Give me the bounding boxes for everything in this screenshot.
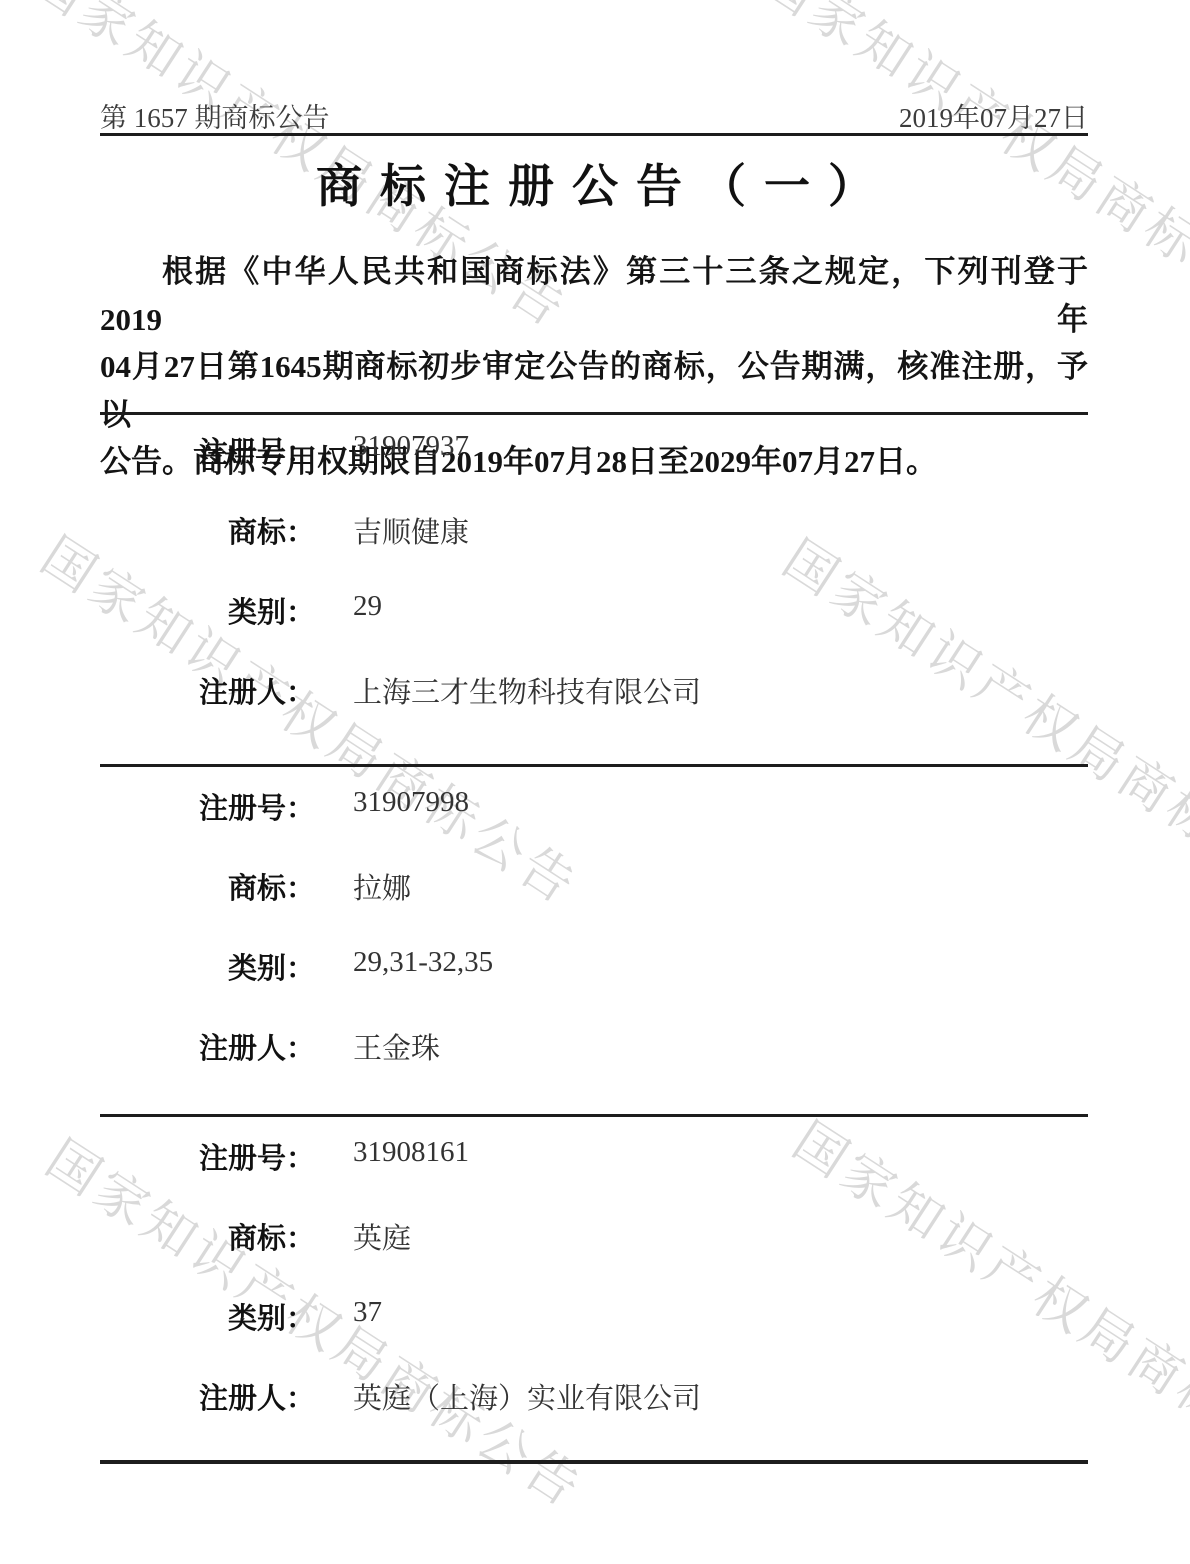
- registrant-label: 注册人：: [100, 670, 315, 711]
- registrant-value: 上海三才生物科技有限公司: [353, 670, 701, 711]
- page-title: 商标注册公告（一）: [0, 150, 1190, 216]
- trademark-record-3: 注册号： 31908161 商标： 英庭 类别： 37 注册人： 英庭（上海）实…: [100, 1136, 1088, 1456]
- record-row-category: 类别： 29,31-32,35: [100, 946, 1088, 976]
- trademark-label: 商标：: [100, 866, 315, 907]
- category-label: 类别：: [100, 590, 315, 631]
- intro-line-1: 根据《中华人民共和国商标法》第三十三条之规定，下列刊登于2019年: [100, 248, 1088, 343]
- record-row-reg-no: 注册号： 31907998: [100, 786, 1088, 816]
- record-row-registrant: 注册人： 英庭（上海）实业有限公司: [100, 1376, 1088, 1406]
- bottom-rule: [100, 1460, 1088, 1464]
- record-row-registrant: 注册人： 上海三才生物科技有限公司: [100, 670, 1088, 700]
- category-value: 29: [353, 590, 382, 623]
- trademark-record-1: 注册号： 31907937 商标： 吉顺健康 类别： 29 注册人： 上海三才生…: [100, 430, 1088, 750]
- record-row-trademark: 商标： 英庭: [100, 1216, 1088, 1246]
- record-separator-3: [100, 1114, 1088, 1117]
- reg-no-label: 注册号：: [100, 430, 315, 471]
- record-row-trademark: 商标： 吉顺健康: [100, 510, 1088, 540]
- record-separator-1: [100, 412, 1088, 415]
- reg-no-value: 31908161: [353, 1136, 469, 1169]
- record-separator-2: [100, 764, 1088, 767]
- reg-no-value: 31907937: [353, 430, 469, 463]
- category-value: 37: [353, 1296, 382, 1329]
- intro-line-2: 04月27日第1645期商标初步审定公告的商标，公告期满，核准注册，予以: [100, 343, 1088, 438]
- trademark-label: 商标：: [100, 510, 315, 551]
- category-label: 类别：: [100, 1296, 315, 1337]
- trademark-value: 英庭: [353, 1216, 411, 1257]
- document-content: 第 1657 期商标公告 2019年07月27日 商标注册公告（一） 根据《中华…: [0, 0, 1190, 1564]
- record-row-registrant: 注册人： 王金珠: [100, 1026, 1088, 1056]
- reg-no-value: 31907998: [353, 786, 469, 819]
- category-label: 类别：: [100, 946, 315, 987]
- record-row-category: 类别： 37: [100, 1296, 1088, 1326]
- record-row-reg-no: 注册号： 31907937: [100, 430, 1088, 460]
- trademark-value: 吉顺健康: [353, 510, 469, 551]
- reg-no-label: 注册号：: [100, 786, 315, 827]
- trademark-label: 商标：: [100, 1216, 315, 1257]
- registrant-label: 注册人：: [100, 1026, 315, 1067]
- gazette-issue-number: 第 1657 期商标公告: [100, 96, 330, 135]
- registrant-label: 注册人：: [100, 1376, 315, 1417]
- trademark-record-2: 注册号： 31907998 商标： 拉娜 类别： 29,31-32,35 注册人…: [100, 786, 1088, 1106]
- registrant-value: 英庭（上海）实业有限公司: [353, 1376, 701, 1417]
- record-row-reg-no: 注册号： 31908161: [100, 1136, 1088, 1166]
- reg-no-label: 注册号：: [100, 1136, 315, 1177]
- registrant-value: 王金珠: [353, 1026, 440, 1067]
- record-row-category: 类别： 29: [100, 590, 1088, 620]
- trademark-gazette-page: { "header": { "issue": "第 1657 期商标公告", "…: [0, 0, 1190, 1564]
- record-row-trademark: 商标： 拉娜: [100, 866, 1088, 896]
- trademark-value: 拉娜: [353, 866, 411, 907]
- category-value: 29,31-32,35: [353, 946, 493, 979]
- header-rule: [100, 133, 1088, 136]
- gazette-date: 2019年07月27日: [899, 96, 1088, 135]
